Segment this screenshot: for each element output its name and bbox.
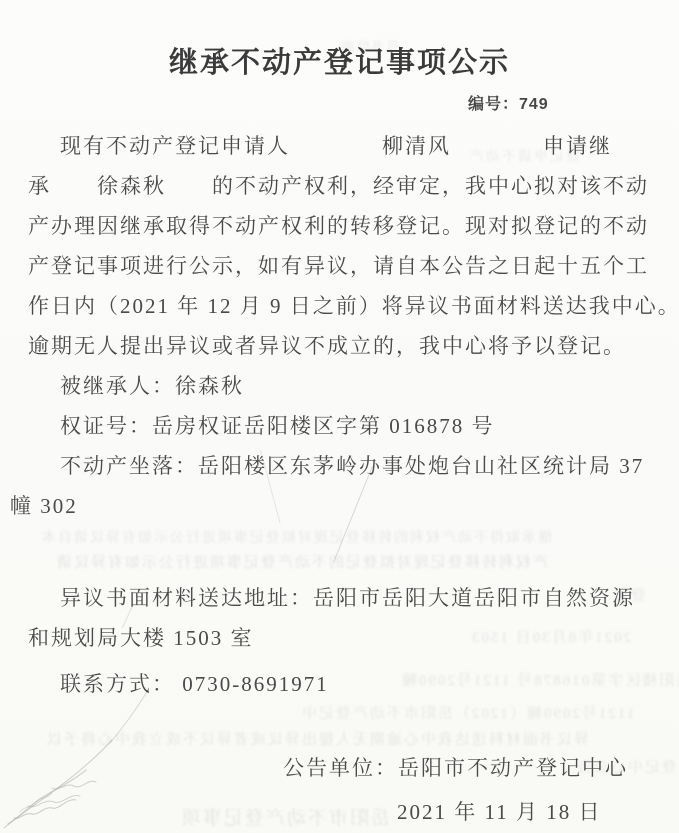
property-location-line: 幢 302 <box>10 486 658 526</box>
doc-number: 编号：749 <box>468 91 549 114</box>
paragraph-line: 作日内（2021 年 12 月 9 日之前）将异议书面材料送达我中心。 <box>28 286 658 326</box>
objection-address-line: 和规划局大楼 1503 室 <box>28 618 658 658</box>
paragraph-line: 逾期无人提出异议或者异议不成立的，我中心将予以登记。 <box>28 326 658 366</box>
notice-body: 现有不动产登记申请人 柳清风 申请继 承 徐森秋 的不动产权利，经审定，我中心拟… <box>28 126 658 832</box>
property-location-line: 不动产坐落：岳阳楼区东茅岭办事处炮台山社区统计局 37 <box>28 446 658 486</box>
page-title: 继承不动产登记事项公示 <box>0 40 679 81</box>
paragraph-line: 产登记事项进行公示，如有异议，请自本公告之日起十五个工 <box>28 246 658 286</box>
date-line: 2021 年 11 月 18 日 <box>397 792 658 832</box>
scanned-notice-page: 号书给面 登记申请不动产 继承取得不动产权利的转移登记现对拟登记事项进行公示如有… <box>0 0 679 833</box>
certificate-number-line: 权证号：岳房权证岳阳楼区字第 016878 号 <box>28 406 658 446</box>
objection-address-line: 异议书面材料送达地址：岳阳市岳阳大道岳阳市自然资源 <box>28 578 658 618</box>
paragraph-line: 现有不动产登记申请人 柳清风 申请继 <box>28 126 658 166</box>
contact-line: 联系方式： 0730-8691971 <box>28 664 658 704</box>
paragraph-line: 产办理因继承取得不动产权利的转移登记。现对拟登记的不动 <box>28 206 658 246</box>
issuer-line: 公告单位：岳阳市不动产登记中心 <box>283 748 658 788</box>
paragraph-line: 承 徐森秋 的不动产权利，经审定，我中心拟对该不动 <box>28 166 658 206</box>
decedent-line: 被继承人：徐森秋 <box>28 366 658 406</box>
